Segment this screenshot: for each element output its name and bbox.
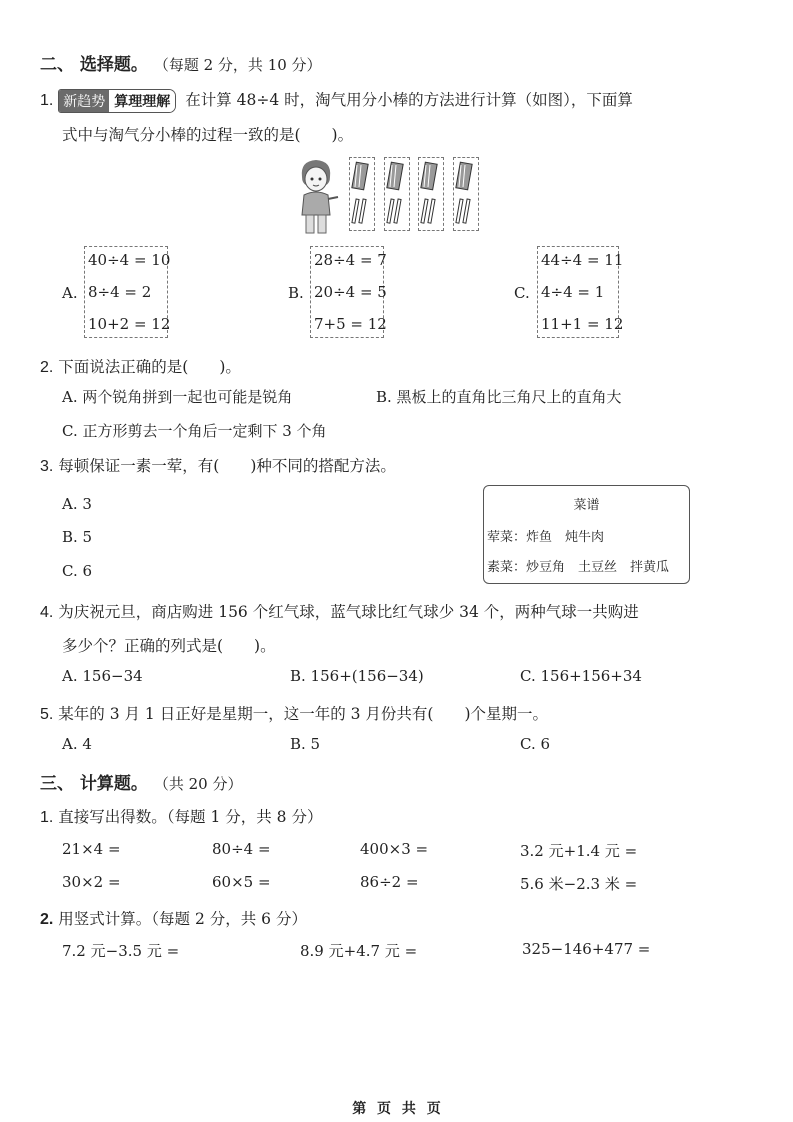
calc-item: 21×4 = <box>62 840 121 858</box>
question-text: 每顿保证一素一荤，有( )种不同的搭配方法。 <box>58 457 396 475</box>
option-c: C. 正方形剪去一个角后一定剩下 3 个角 <box>62 420 327 441</box>
calc-item: 400×3 = <box>360 840 428 858</box>
tag-trend: 新趋势 <box>59 90 109 112</box>
question-number: 2. <box>40 359 53 376</box>
equation: 11+1 = 12 <box>541 315 623 333</box>
menu-title: 菜谱 <box>484 494 689 513</box>
equation: 4÷4 = 1 <box>541 283 604 301</box>
question-number: 1. <box>40 92 53 109</box>
option-b-box: 28÷4 = 7 20÷4 = 5 7+5 = 12 <box>310 246 384 338</box>
option-a: A. 156−34 <box>62 667 143 685</box>
sticks-icon <box>349 157 479 231</box>
question-5: 5. 某年的 3 月 1 日正好是星期一，这一年的 3 月份共有( )个星期一。 <box>40 702 548 724</box>
equation: 44÷4 = 11 <box>541 251 623 269</box>
equation: 20÷4 = 5 <box>314 283 387 301</box>
calc-item: 5.6 米−2.3 米 = <box>520 873 637 894</box>
vertical-calc-item: 8.9 元+4.7 元 = <box>300 940 417 961</box>
option-b: B. 156+(156−34) <box>290 667 424 685</box>
question-1: 1. 新趋势 算理理解 在计算 48÷4 时，淘气用分小棒的方法进行计算（如图）… <box>40 88 633 113</box>
part-2: 2. 用竖式计算。（每题 2 分，共 6 分） <box>40 907 307 929</box>
option-a: A. 两个锐角拼到一起也可能是锐角 <box>62 386 292 407</box>
option-c-box: 44÷4 = 11 4÷4 = 1 11+1 = 12 <box>537 246 619 338</box>
menu-meat-dishes: 荤菜：炸鱼 炖牛肉 <box>487 526 604 545</box>
question-4: 4. 为庆祝元旦，商店购进 156 个红气球，蓝气球比红气球少 34 个，两种气… <box>40 600 639 622</box>
calc-item: 80÷4 = <box>212 840 271 858</box>
question-text: 在计算 48÷4 时，淘气用分小棒的方法进行计算（如图），下面算 <box>185 91 633 109</box>
equation: 40÷4 = 10 <box>88 251 170 269</box>
equation: 10+2 = 12 <box>88 315 170 333</box>
option-a: A. 3 <box>62 495 92 513</box>
question-text: 下面说法正确的是( )。 <box>58 358 241 376</box>
option-b: B. 5 <box>62 528 92 546</box>
calc-item: 60×5 = <box>212 873 271 891</box>
option-b: B. 黑板上的直角比三角尺上的直角大 <box>376 386 622 407</box>
tag-topic: 算理理解 <box>109 90 175 112</box>
equation: 8÷4 = 2 <box>88 283 151 301</box>
vertical-calc-item: 7.2 元−3.5 元 = <box>62 940 179 961</box>
part-1: 1. 直接写出得数。（每题 1 分，共 8 分） <box>40 805 322 827</box>
section-title: 二、 选择题。 <box>40 55 148 75</box>
question-text: 为庆祝元旦，商店购进 156 个红气球，蓝气球比红气球少 34 个，两种气球一共… <box>58 603 639 621</box>
option-b: B. 5 <box>290 735 320 753</box>
question-2: 2. 下面说法正确的是( )。 <box>40 355 241 377</box>
question-text-cont: 多少个？正确的列式是( )。 <box>62 634 276 656</box>
question-number: 5. <box>40 706 53 723</box>
section-2-heading: 二、 选择题。 （每题 2 分，共 10 分） <box>40 50 322 75</box>
section-points: （每题 2 分，共 10 分） <box>154 56 322 74</box>
question-text-cont: 式中与淘气分小棒的过程一致的是( )。 <box>62 123 353 145</box>
question-text: 直接写出得数。（每题 1 分，共 8 分） <box>58 808 322 826</box>
boy-icon <box>292 155 342 235</box>
option-a: A. 4 <box>62 735 92 753</box>
question-3: 3. 每顿保证一素一荤，有( )种不同的搭配方法。 <box>40 454 396 476</box>
calc-item: 30×2 = <box>62 873 121 891</box>
vertical-calc-item: 325−146+477 = <box>522 940 650 958</box>
option-c: C. 6 <box>520 735 550 753</box>
option-a-label: A. <box>62 284 78 302</box>
calc-item: 3.2 元+1.4 元 = <box>520 840 637 861</box>
section-points: （共 20 分） <box>154 775 243 793</box>
option-b-label: B. <box>288 284 304 302</box>
question-number: 3. <box>40 458 53 475</box>
option-c: C. 156+156+34 <box>520 667 642 685</box>
menu-veg-dishes: 素菜：炒豆角 土豆丝 拌黄瓜 <box>487 556 669 575</box>
question-number: 1. <box>40 809 53 826</box>
calc-item: 86÷2 = <box>360 873 419 891</box>
section-title: 三、 计算题。 <box>40 774 148 794</box>
page-footer: 第 页 共 页 <box>0 1098 793 1118</box>
section-3-heading: 三、 计算题。 （共 20 分） <box>40 769 242 794</box>
question-number: 2. <box>40 911 53 928</box>
option-c-label: C. <box>514 284 530 302</box>
question-number: 4. <box>40 604 53 621</box>
question-text: 用竖式计算。（每题 2 分，共 6 分） <box>58 910 307 928</box>
equation: 28÷4 = 7 <box>314 251 387 269</box>
menu-card: 菜谱 荤菜：炸鱼 炖牛肉 素菜：炒豆角 土豆丝 拌黄瓜 <box>483 485 690 584</box>
question-tag: 新趋势 算理理解 <box>58 89 176 113</box>
equation: 7+5 = 12 <box>314 315 387 333</box>
option-a-box: 40÷4 = 10 8÷4 = 2 10+2 = 12 <box>84 246 168 338</box>
question-text: 某年的 3 月 1 日正好是星期一，这一年的 3 月份共有( )个星期一。 <box>58 705 548 723</box>
option-c: C. 6 <box>62 562 92 580</box>
